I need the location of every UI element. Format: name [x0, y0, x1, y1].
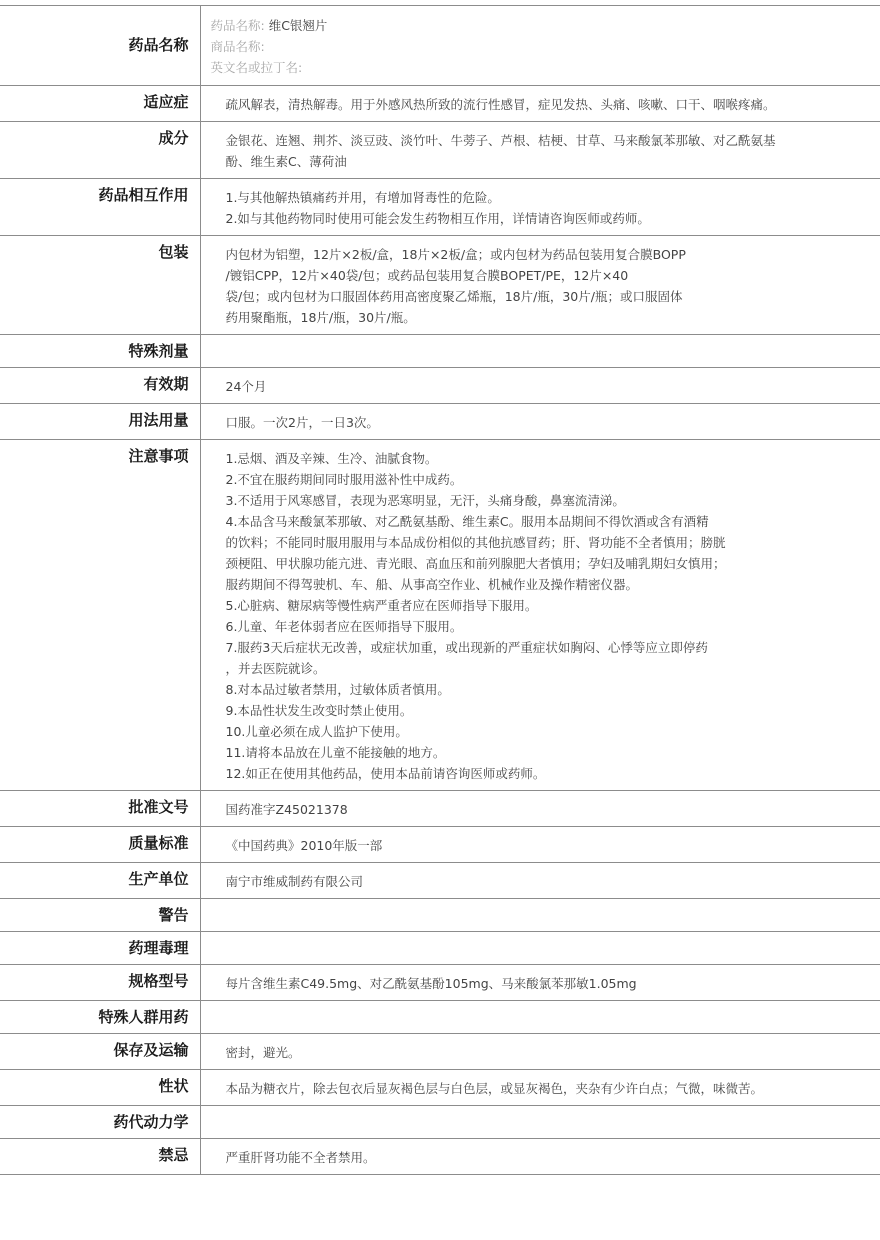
drug-spec-table: 药品名称 药品名称: 维C银翘片 商品名称: 英文名或拉丁名: 适应症疏风解表，…: [0, 5, 880, 1175]
english-name-label: 英文名或拉丁名:: [211, 57, 791, 78]
table-row: 警告: [0, 899, 880, 932]
value-line: 5.心脏病、糖尿病等慢性病严重者应在医师指导下服用。: [226, 595, 791, 616]
row-label: 特殊剂量: [0, 335, 200, 368]
table-row: 规格型号每片含维生素C49.5mg、对乙酰氨基酚105mg、马来酸氯苯那敏1.0…: [0, 965, 880, 1001]
table-row: 药品相互作用1.与其他解热镇痛药并用，有增加肾毒性的危险。2.如与其他药物同时使…: [0, 179, 880, 236]
drug-name-label: 药品名称:: [211, 18, 265, 33]
row-label: 成分: [0, 122, 200, 179]
row-value: 南宁市维威制药有限公司: [200, 863, 880, 899]
row-label: 规格型号: [0, 965, 200, 1001]
row-label: 批准文号: [0, 791, 200, 827]
row-value: 密封，避光。: [200, 1034, 880, 1070]
value-line: 24个月: [226, 376, 791, 397]
value-line: 国药准字Z45021378: [226, 799, 791, 820]
row-label: 生产单位: [0, 863, 200, 899]
value-line: 袋/包；或内包材为口服固体药用高密度聚乙烯瓶，18片/瓶，30片/瓶；或口服固体: [226, 286, 791, 307]
value-line: 3.不适用于风寒感冒，表现为恶寒明显，无汗，头痛身酸，鼻塞流清涕。: [226, 490, 791, 511]
row-value: [200, 335, 880, 368]
table-row: 成分金银花、连翘、荆芥、淡豆豉、淡竹叶、牛蒡子、芦根、桔梗、甘草、马来酸氯苯那敏…: [0, 122, 880, 179]
value-line: 12.如正在使用其他药品，使用本品前请咨询医师或药师。: [226, 763, 791, 784]
row-label: 性状: [0, 1070, 200, 1106]
value-line: 本品为糖衣片，除去包衣后显灰褐色层与白色层，或显灰褐色，夹杂有少许白点；气微，味…: [226, 1078, 791, 1099]
value-line: 8.对本品过敏者禁用，过敏体质者慎用。: [226, 679, 791, 700]
row-label: 质量标准: [0, 827, 200, 863]
row-value: [200, 899, 880, 932]
row-label: 保存及运输: [0, 1034, 200, 1070]
drug-name-line: 药品名称: 维C银翘片: [211, 15, 791, 36]
table-row: 注意事项1.忌烟、酒及辛辣、生冷、油腻食物。2.不宜在服药期间同时服用滋补性中成…: [0, 440, 880, 791]
trade-name-label: 商品名称:: [211, 36, 791, 57]
value-line: 金银花、连翘、荆芥、淡豆豉、淡竹叶、牛蒡子、芦根、桔梗、甘草、马来酸氯苯那敏、对…: [226, 130, 791, 172]
value-line: 服药期间不得驾驶机、车、船、从事高空作业、机械作业及操作精密仪器。: [226, 574, 791, 595]
value-line: ，并去医院就诊。: [226, 658, 791, 679]
value-line: 6.儿童、年老体弱者应在医师指导下服用。: [226, 616, 791, 637]
value-line: 1.忌烟、酒及辛辣、生冷、油腻食物。: [226, 448, 791, 469]
row-label: 特殊人群用药: [0, 1001, 200, 1034]
table-row: 特殊剂量: [0, 335, 880, 368]
row-value: 《中国药典》2010年版一部: [200, 827, 880, 863]
row-value: 24个月: [200, 368, 880, 404]
value-line: 2.不宜在服药期间同时服用滋补性中成药。: [226, 469, 791, 490]
table-row: 药理毒理: [0, 932, 880, 965]
row-value: [200, 1001, 880, 1034]
row-label: 警告: [0, 899, 200, 932]
value-line: 2.如与其他药物同时使用可能会发生药物相互作用，详情请咨询医师或药师。: [226, 208, 791, 229]
row-value: 每片含维生素C49.5mg、对乙酰氨基酚105mg、马来酸氯苯那敏1.05mg: [200, 965, 880, 1001]
table-row: 有效期24个月: [0, 368, 880, 404]
row-value: 药品名称: 维C银翘片 商品名称: 英文名或拉丁名:: [200, 6, 880, 86]
value-line: 10.儿童必须在成人监护下使用。: [226, 721, 791, 742]
value-line: 密封，避光。: [226, 1042, 791, 1063]
value-line: 口服。一次2片，一日3次。: [226, 412, 791, 433]
value-line: 严重肝肾功能不全者禁用。: [226, 1147, 791, 1168]
value-line: 内包材为铝塑，12片×2板/盒，18片×2板/盒；或内包材为药品包装用复合膜BO…: [226, 244, 791, 265]
table-row: 适应症疏风解表，清热解毒。用于外感风热所致的流行性感冒，症见发热、头痛、咳嗽、口…: [0, 86, 880, 122]
table-row: 用法用量口服。一次2片，一日3次。: [0, 404, 880, 440]
row-value: 内包材为铝塑，12片×2板/盒，18片×2板/盒；或内包材为药品包装用复合膜BO…: [200, 236, 880, 335]
row-label: 包装: [0, 236, 200, 335]
value-line: /镀铝CPP，12片×40袋/包；或药品包装用复合膜BOPET/PE，12片×4…: [226, 265, 791, 286]
row-value: 疏风解表，清热解毒。用于外感风热所致的流行性感冒，症见发热、头痛、咳嗽、口干、咽…: [200, 86, 880, 122]
table-row: 禁忌严重肝肾功能不全者禁用。: [0, 1139, 880, 1175]
value-line: 疏风解表，清热解毒。用于外感风热所致的流行性感冒，症见发热、头痛、咳嗽、口干、咽…: [226, 94, 791, 115]
row-value: 严重肝肾功能不全者禁用。: [200, 1139, 880, 1175]
value-line: 南宁市维威制药有限公司: [226, 871, 791, 892]
table-row: 批准文号国药准字Z45021378: [0, 791, 880, 827]
value-line: 1.与其他解热镇痛药并用，有增加肾毒性的危险。: [226, 187, 791, 208]
row-label: 药品名称: [0, 6, 200, 86]
row-label: 药代动力学: [0, 1106, 200, 1139]
row-value: [200, 1106, 880, 1139]
row-value: 金银花、连翘、荆芥、淡豆豉、淡竹叶、牛蒡子、芦根、桔梗、甘草、马来酸氯苯那敏、对…: [200, 122, 880, 179]
row-label: 药理毒理: [0, 932, 200, 965]
row-label: 适应症: [0, 86, 200, 122]
table-row: 包装内包材为铝塑，12片×2板/盒，18片×2板/盒；或内包材为药品包装用复合膜…: [0, 236, 880, 335]
table-row: 特殊人群用药: [0, 1001, 880, 1034]
table-row: 性状本品为糖衣片，除去包衣后显灰褐色层与白色层，或显灰褐色，夹杂有少许白点；气微…: [0, 1070, 880, 1106]
row-label: 注意事项: [0, 440, 200, 791]
table-row: 生产单位南宁市维威制药有限公司: [0, 863, 880, 899]
value-line: 4.本品含马来酸氯苯那敏、对乙酰氨基酚、维生素C。服用本品期间不得饮酒或含有酒精: [226, 511, 791, 532]
value-line: 《中国药典》2010年版一部: [226, 835, 791, 856]
row-label: 有效期: [0, 368, 200, 404]
value-line: 的饮料；不能同时服用服用与本品成份相似的其他抗感冒药；肝、肾功能不全者慎用；膀胱: [226, 532, 791, 553]
row-value: 1.与其他解热镇痛药并用，有增加肾毒性的危险。2.如与其他药物同时使用可能会发生…: [200, 179, 880, 236]
value-line: 7.服药3天后症状无改善，或症状加重，或出现新的严重症状如胸闷、心悸等应立即停药: [226, 637, 791, 658]
value-line: 药用聚酯瓶，18片/瓶，30片/瓶。: [226, 307, 791, 328]
table-row: 保存及运输密封，避光。: [0, 1034, 880, 1070]
drug-name-value: 维C银翘片: [269, 18, 328, 33]
row-label: 药品相互作用: [0, 179, 200, 236]
row-value: 国药准字Z45021378: [200, 791, 880, 827]
row-label: 用法用量: [0, 404, 200, 440]
row-value: 本品为糖衣片，除去包衣后显灰褐色层与白色层，或显灰褐色，夹杂有少许白点；气微，味…: [200, 1070, 880, 1106]
row-value: 口服。一次2片，一日3次。: [200, 404, 880, 440]
table-row: 药代动力学: [0, 1106, 880, 1139]
row-value: [200, 932, 880, 965]
row-drug-name: 药品名称 药品名称: 维C银翘片 商品名称: 英文名或拉丁名:: [0, 6, 880, 86]
value-line: 9.本品性状发生改变时禁止使用。: [226, 700, 791, 721]
value-line: 11.请将本品放在儿童不能接触的地方。: [226, 742, 791, 763]
value-line: 每片含维生素C49.5mg、对乙酰氨基酚105mg、马来酸氯苯那敏1.05mg: [226, 973, 791, 994]
row-label: 禁忌: [0, 1139, 200, 1175]
value-line: 颈梗阻、甲状腺功能亢进、青光眼、高血压和前列腺肥大者慎用；孕妇及哺乳期妇女慎用；: [226, 553, 791, 574]
table-row: 质量标准《中国药典》2010年版一部: [0, 827, 880, 863]
row-value: 1.忌烟、酒及辛辣、生冷、油腻食物。2.不宜在服药期间同时服用滋补性中成药。3.…: [200, 440, 880, 791]
